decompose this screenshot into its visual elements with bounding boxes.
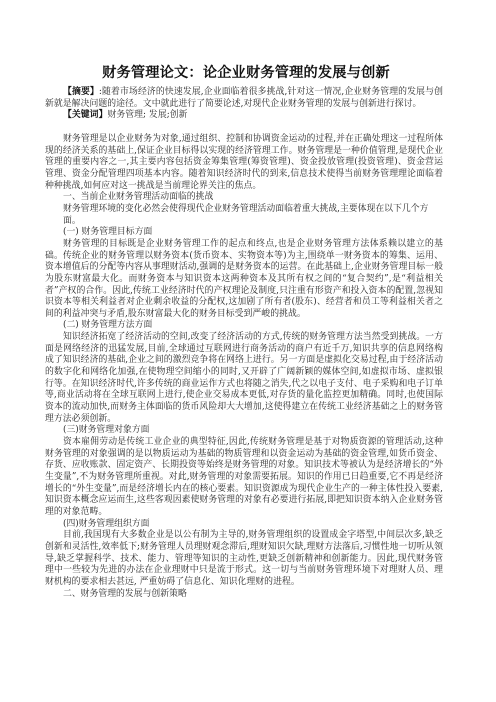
subsection-1-heading: (一) 财务管理目标方面 (45, 227, 443, 239)
section-2-heading: 二、财务管理的发展与创新策略 (45, 589, 443, 601)
subsection-4-text: 目前,我国现有大多数企业是以公有制为主导的,财务管理组织的设置成金字塔型,中间层… (45, 530, 443, 588)
abstract-text: :随着市场经济的快速发展,企业面临着很多挑战,针对这一情况,企业财务管理的发展与… (45, 87, 443, 109)
subsection-2-heading: (二) 财务管理方法方面 (45, 320, 443, 332)
subsection-3-text: 资本雇佣劳动是传统工业企业的典型特征,因此,传统财务管理是基于对物质资源的管理活… (45, 437, 443, 519)
abstract-label: 【摘要】 (63, 87, 99, 97)
subsection-2-text: 知识经济拓宽了经济活动的空间,改变了经济活动的方式,传统的财务管理方法当然受到挑… (45, 332, 443, 425)
subsection-4-heading: (四)财务管理组织方面 (45, 519, 443, 531)
spacer (45, 122, 443, 134)
abstract-paragraph: 【摘要】:随着市场经济的快速发展,企业面临着很多挑战,针对这一情况,企业财务管理… (45, 87, 443, 110)
section-1-lead: 财务管理环境的变化必然会使得现代企业财务管理活动面临着重大挑战,主要体现在以下几… (45, 204, 443, 227)
document-title: 财务管理论文：论企业财务管理的发展与创新 (45, 63, 443, 83)
document-page: 财务管理论文：论企业财务管理的发展与创新 【摘要】:随着市场经济的快速发展,企业… (45, 63, 443, 600)
section-1-heading: 一、当前企业财务管理活动面临的挑战 (45, 192, 443, 204)
subsection-3-heading: (三)财务管理对象方面 (45, 425, 443, 437)
keywords-text: 财务管理; 发展;创新 (107, 110, 187, 120)
subsection-1-text: 财务管理的目标既是企业财务管理工作的起点和终点,也是企业财务管理方法体系赖以建立… (45, 239, 443, 321)
keywords-label: 【关键词】 (63, 110, 107, 120)
intro-paragraph: 财务管理是以企业财务为对象,通过组织、控制和协调资金运动的过程,并在正确处理这一… (45, 134, 443, 192)
keywords-paragraph: 【关键词】财务管理; 发展;创新 (45, 110, 443, 122)
